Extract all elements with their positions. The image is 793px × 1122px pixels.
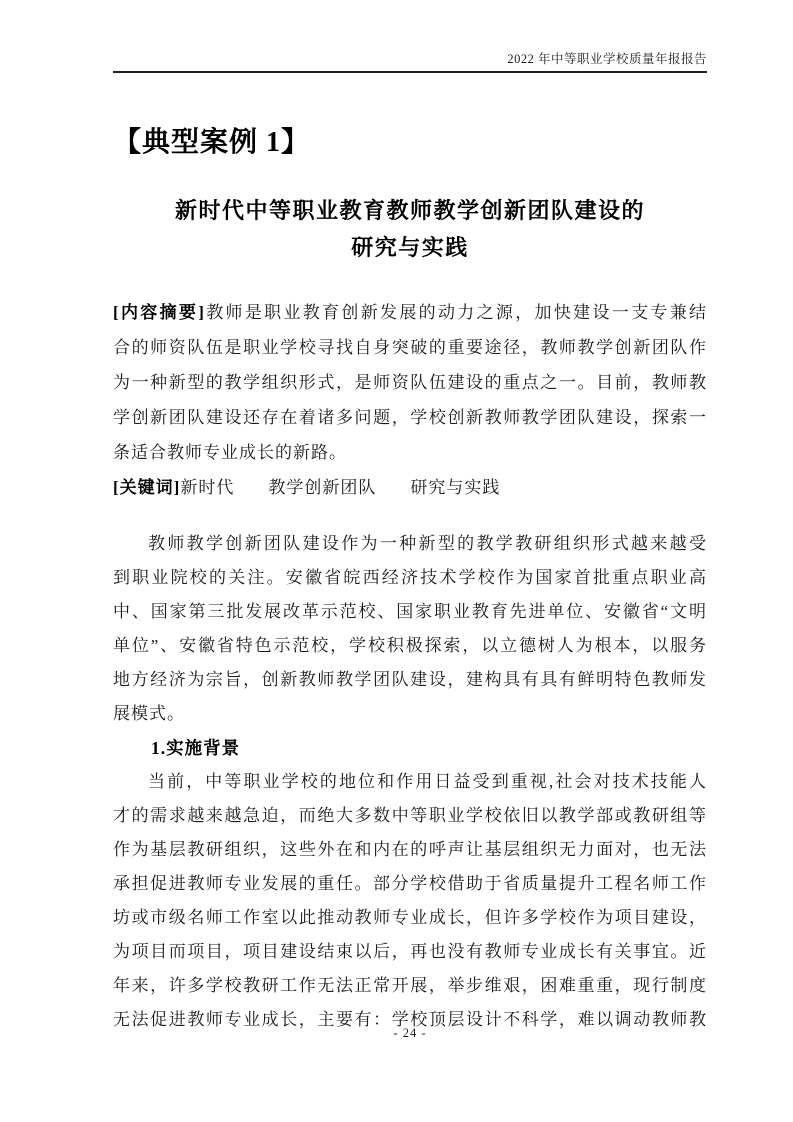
abstract-line: 为一种新型的教学组织形式，是师资队伍建设的重点之一。目前，教师教	[113, 365, 707, 400]
abstract-line: 条适合教师专业成长的新路。	[113, 435, 707, 470]
keyword-item: 教学创新团队	[268, 478, 376, 497]
paragraph-line: 当前，中等职业学校的地位和作用日益受到重视,社会对技术技能人	[113, 765, 707, 799]
abstract-label: [内容摘要]	[113, 303, 205, 322]
page-header: 2022 年中等职业学校质量年报报告	[113, 50, 707, 73]
paragraph-line: 承担促进教师专业发展的重任。部分学校借助于省质量提升工程名师工作	[113, 867, 707, 901]
paragraph-line: 中、国家第三批发展改革示范校、国家职业教育先进单位、安徽省“文明	[113, 595, 707, 629]
document-page: 2022 年中等职业学校质量年报报告 【典型案例 1】 新时代中等职业教育教师教…	[0, 0, 793, 1122]
keywords-label: [关键词]	[113, 478, 180, 497]
paragraph-line: 地方经济为宗旨，创新教师教学团队建设，建构具有具有鲜明特色教师发	[113, 663, 707, 697]
paragraph-line: 才的需求越来越急迫，而绝大多数中等职业学校依旧以教学部或教研组等	[113, 799, 707, 833]
header-rule	[113, 71, 707, 73]
abstract-text: 教师是职业教育创新发展的动力之源，加快建设一支专兼结	[205, 303, 707, 322]
keyword-item: 新时代	[180, 478, 234, 497]
abstract-line: 学创新团队建设还存在着诸多问题，学校创新教师教学团队建设，探索一	[113, 400, 707, 435]
section-heading: 1.实施背景	[113, 731, 707, 765]
keywords-line: [关键词]新时代教学创新团队研究与实践	[113, 470, 707, 505]
page-number: - 24 -	[393, 1026, 426, 1040]
paragraph-line: 作为基层教研组织，这些外在和内在的呼声让基层组织无力面对，也无法	[113, 833, 707, 867]
page-footer: - 24 -	[113, 1026, 707, 1041]
paragraph-line: 坊或市级名师工作室以此推动教师专业成长，但许多学校作为项目建设，	[113, 901, 707, 935]
paragraph-line: 到职业院校的关注。安徽省皖西经济技术学校作为国家首批重点职业高	[113, 561, 707, 595]
body-text: 教师教学创新团队建设作为一种新型的教学教研组织形式越来越受 到职业院校的关注。安…	[113, 527, 707, 1037]
paragraph-line: 单位”、安徽省特色示范校，学校积极探索，以立德树人为根本，以服务	[113, 629, 707, 663]
header-title: 2022 年中等职业学校质量年报报告	[113, 50, 707, 68]
paragraph-line: 教师教学创新团队建设作为一种新型的教学教研组织形式越来越受	[113, 527, 707, 561]
paragraph-line: 展模式。	[113, 697, 707, 731]
document-title-line1: 新时代中等职业教育教师教学创新团队建设的	[113, 192, 707, 229]
paragraph-line: 为项目而项目，项目建设结束以后，再也没有教师专业成长有关事宜。近	[113, 935, 707, 969]
abstract-line: [内容摘要]教师是职业教育创新发展的动力之源，加快建设一支专兼结	[113, 295, 707, 330]
case-label: 【典型案例 1】	[113, 120, 310, 160]
keyword-item: 研究与实践	[410, 478, 500, 497]
abstract-section: [内容摘要]教师是职业教育创新发展的动力之源，加快建设一支专兼结 合的师资队伍是…	[113, 295, 707, 505]
document-title-line2: 研究与实践	[113, 229, 707, 266]
document-title: 新时代中等职业教育教师教学创新团队建设的 研究与实践	[113, 192, 707, 266]
abstract-line: 合的师资队伍是职业学校寻找自身突破的重要途径，教师教学创新团队作	[113, 330, 707, 365]
paragraph-line: 年来，许多学校教研工作无法正常开展，举步维艰，困难重重，现行制度	[113, 969, 707, 1003]
